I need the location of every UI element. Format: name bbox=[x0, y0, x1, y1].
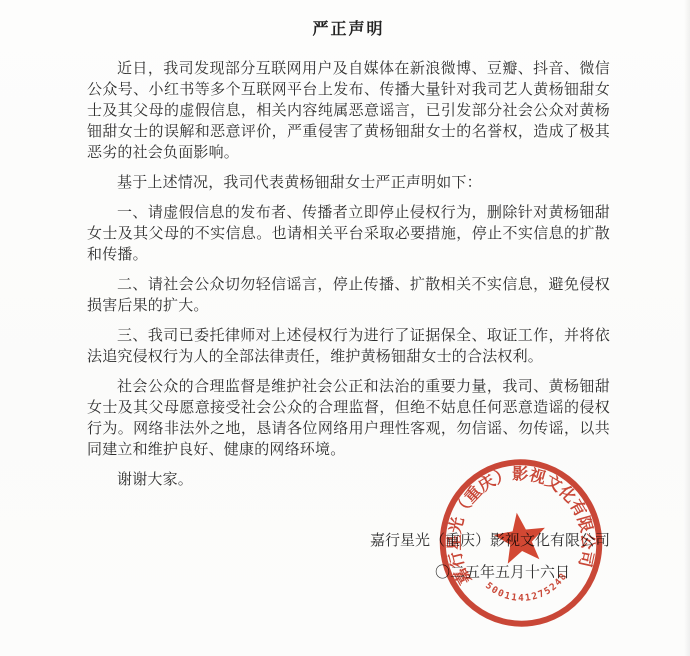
statement-item-1: 一、请虚假信息的发布者、传播者立即停止侵权行为，删除针对黄杨钿甜女士及其父母的不… bbox=[87, 203, 610, 266]
signature-date: 〇二五年五月十六日 bbox=[87, 563, 610, 584]
statement-paragraph-intro: 近日，我司发现部分互联网用户及自媒体在新浪微博、豆瓣、抖音、微信公众号、小红书等… bbox=[87, 59, 610, 164]
statement-closing-thanks: 谢谢大家。 bbox=[87, 470, 610, 491]
statement-item-2: 二、请社会公众切勿轻信谣言，停止传播、扩散相关不实信息，避免侵权损害后果的扩大。 bbox=[87, 275, 610, 317]
signature-company-name: 嘉行星光（重庆）影视文化有限公司 bbox=[87, 531, 610, 552]
statement-paragraph-supervision: 社会公众的合理监督是维护社会公正和法治的重要力量，我司、黄杨钿甜女士及其父母愿意… bbox=[87, 377, 610, 461]
signature-block: 嘉行星光（重庆）影视文化有限公司 〇二五年五月十六日 bbox=[87, 531, 610, 584]
statement-item-3: 三、我司已委托律师对上述侵权行为进行了证据保全、取证工作，并将依法追究侵权行为人… bbox=[87, 326, 610, 368]
statement-document-page: 严正声明 近日，我司发现部分互联网用户及自媒体在新浪微博、豆瓣、抖音、微信公众号… bbox=[0, 0, 690, 656]
scan-edge-artifact bbox=[684, 0, 690, 656]
statement-title: 严正声明 bbox=[87, 16, 610, 39]
statement-paragraph-lead-in: 基于上述情况，我司代表黄杨钿甜女士严正声明如下： bbox=[87, 173, 610, 194]
statement-body: 严正声明 近日，我司发现部分互联网用户及自媒体在新浪微博、豆瓣、抖音、微信公众号… bbox=[87, 16, 610, 584]
